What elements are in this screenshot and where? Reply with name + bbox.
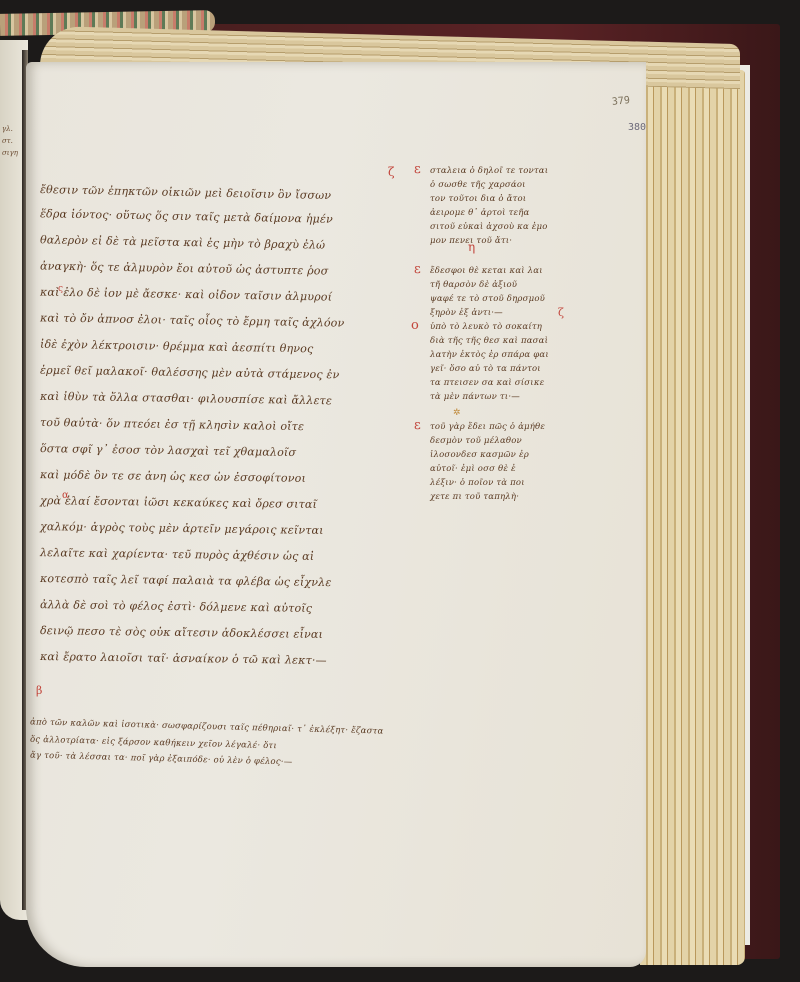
scholion-line: ἰλοσονδεσ κασμῶν ἐρ <box>430 450 529 460</box>
scholion-line: σιτοῦ εὐκαὶ ἀχσοὺ κα ἐμο <box>430 222 548 232</box>
folio-number-ink: 379 <box>611 95 630 108</box>
scholion-line: ψαφέ τε τὸ στοῦ δηρσμοῦ <box>430 294 545 304</box>
scholion-line: λέξιν· ὁ ποῖον τὰ ποι <box>430 478 525 488</box>
scholion-line: λατὴν ἐκτὸς ἐρ σπάρα φαι <box>430 350 549 360</box>
scholion-line: χετε πι τοῦ ταπηλὴ· <box>430 492 519 502</box>
scholion-line: ξηρὸν ἐξ ἀντι·— <box>430 308 503 318</box>
scholion-line: τῆ θαρσὸν δὲ ἀξιοῦ <box>430 280 517 290</box>
scholion-line: τον τοῦτοι δια ὁ ἄτοι <box>430 194 526 204</box>
left-margin-note: σιγη <box>2 149 18 157</box>
manuscript-page <box>26 62 646 967</box>
scholion-line: δεσμὸν τοῦ μέλαθον <box>430 436 522 446</box>
scholion-marker: ζ <box>388 165 395 179</box>
left-margin-note: γλ. <box>2 125 13 133</box>
star-ornament-icon: ✲ <box>453 408 461 418</box>
page-fore-edge <box>640 70 745 965</box>
scholion-initial: ε <box>414 418 421 433</box>
scholion-line: διὰ τῆς τῆς θεσ καὶ πασαὶ <box>430 336 548 346</box>
scholion-line: γεῖ· ὅσο αὐ τὸ τα πάντοι <box>430 364 541 374</box>
scholion-line: τα πτεισεν σα καὶ σίσικε <box>430 378 544 388</box>
left-margin-note: στ. <box>2 137 13 145</box>
rubric-mark: β <box>36 684 42 697</box>
scholion-initial: ε <box>414 262 421 277</box>
rubric-mark: α <box>62 490 69 501</box>
scholion-marker: η <box>468 240 475 254</box>
scholion-line: τοῦ γὰρ ἔδει πῶς ὁ ἀμήθε <box>430 422 545 432</box>
scholion-line: ἔδεσφοι θὲ κεται καὶ λαι <box>430 266 543 276</box>
scholion-line: τὰ μὲν πάντων τι·— <box>430 392 520 402</box>
scholion-initial: ο <box>411 318 419 333</box>
rubric-mark: ς <box>58 284 63 294</box>
scholion-line: αὐτοῖ· ἐμὶ οσσ θὲ ἐ <box>430 464 516 474</box>
scholion-line: ὑπὸ τὸ λευκὸ τὸ σοκαίτη <box>430 322 542 332</box>
scholion-line: σταλεια ὁ δηλοῖ τε τονται <box>430 166 548 176</box>
scholion-initial: ε <box>414 162 421 177</box>
folio-number-pencil: 380 <box>628 122 646 133</box>
scholion-side-mark: ζ <box>558 306 564 319</box>
scholion-line: ὁ σωσθε τῆς χαρσάοι <box>430 180 526 190</box>
scholion-line: ἀειρομε θ᾽ ἀρτοὶ τεῆα <box>430 208 530 218</box>
